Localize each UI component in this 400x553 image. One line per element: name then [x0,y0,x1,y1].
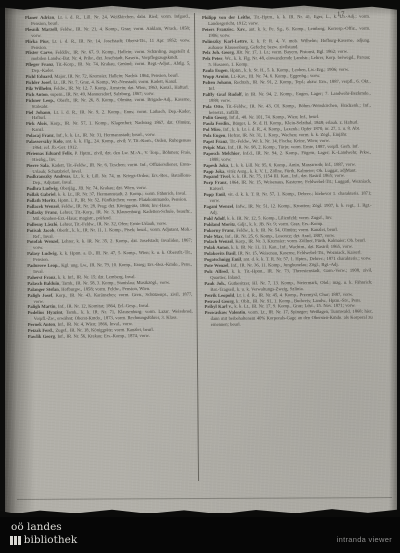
scanned-page[interactable]: 17 Planer Adrian, Lt. i. d. R., Lill. Nr… [5,4,397,513]
library-bars-icon [10,536,21,545]
viewer-footer: oö landes bibliothek intranda viewer [0,517,400,553]
text-column-right: Philipp von der Leithe, Tit.-Hptm., k. k… [202,14,374,483]
library-logo[interactable]: oö landes bibliothek [10,521,77,547]
text-column-left: Planer Adrian, Lt. i. d. R., Lill. Nr. 2… [25,14,194,483]
viewer-canvas: 17 Planer Adrian, Lt. i. d. R., Lill. Nr… [0,0,400,517]
directory-entry: Prowaskow Valentin, vorm. Lt., IR. Nr. 1… [205,309,373,328]
logo-line1: oö landes [11,521,77,534]
directory-entry: Podelius Hyazint, Tamb., k. k. IR. Nr. 7… [28,309,193,322]
column-divider [194,13,199,481]
viewer-brand-label: intranda viewer [337,535,392,544]
directory-entry: Pawlik Georg, Inf., IR. Nr. 56, Krakau; … [28,332,193,339]
page-crease [17,497,392,500]
logo-line2: bibliothek [24,534,77,547]
